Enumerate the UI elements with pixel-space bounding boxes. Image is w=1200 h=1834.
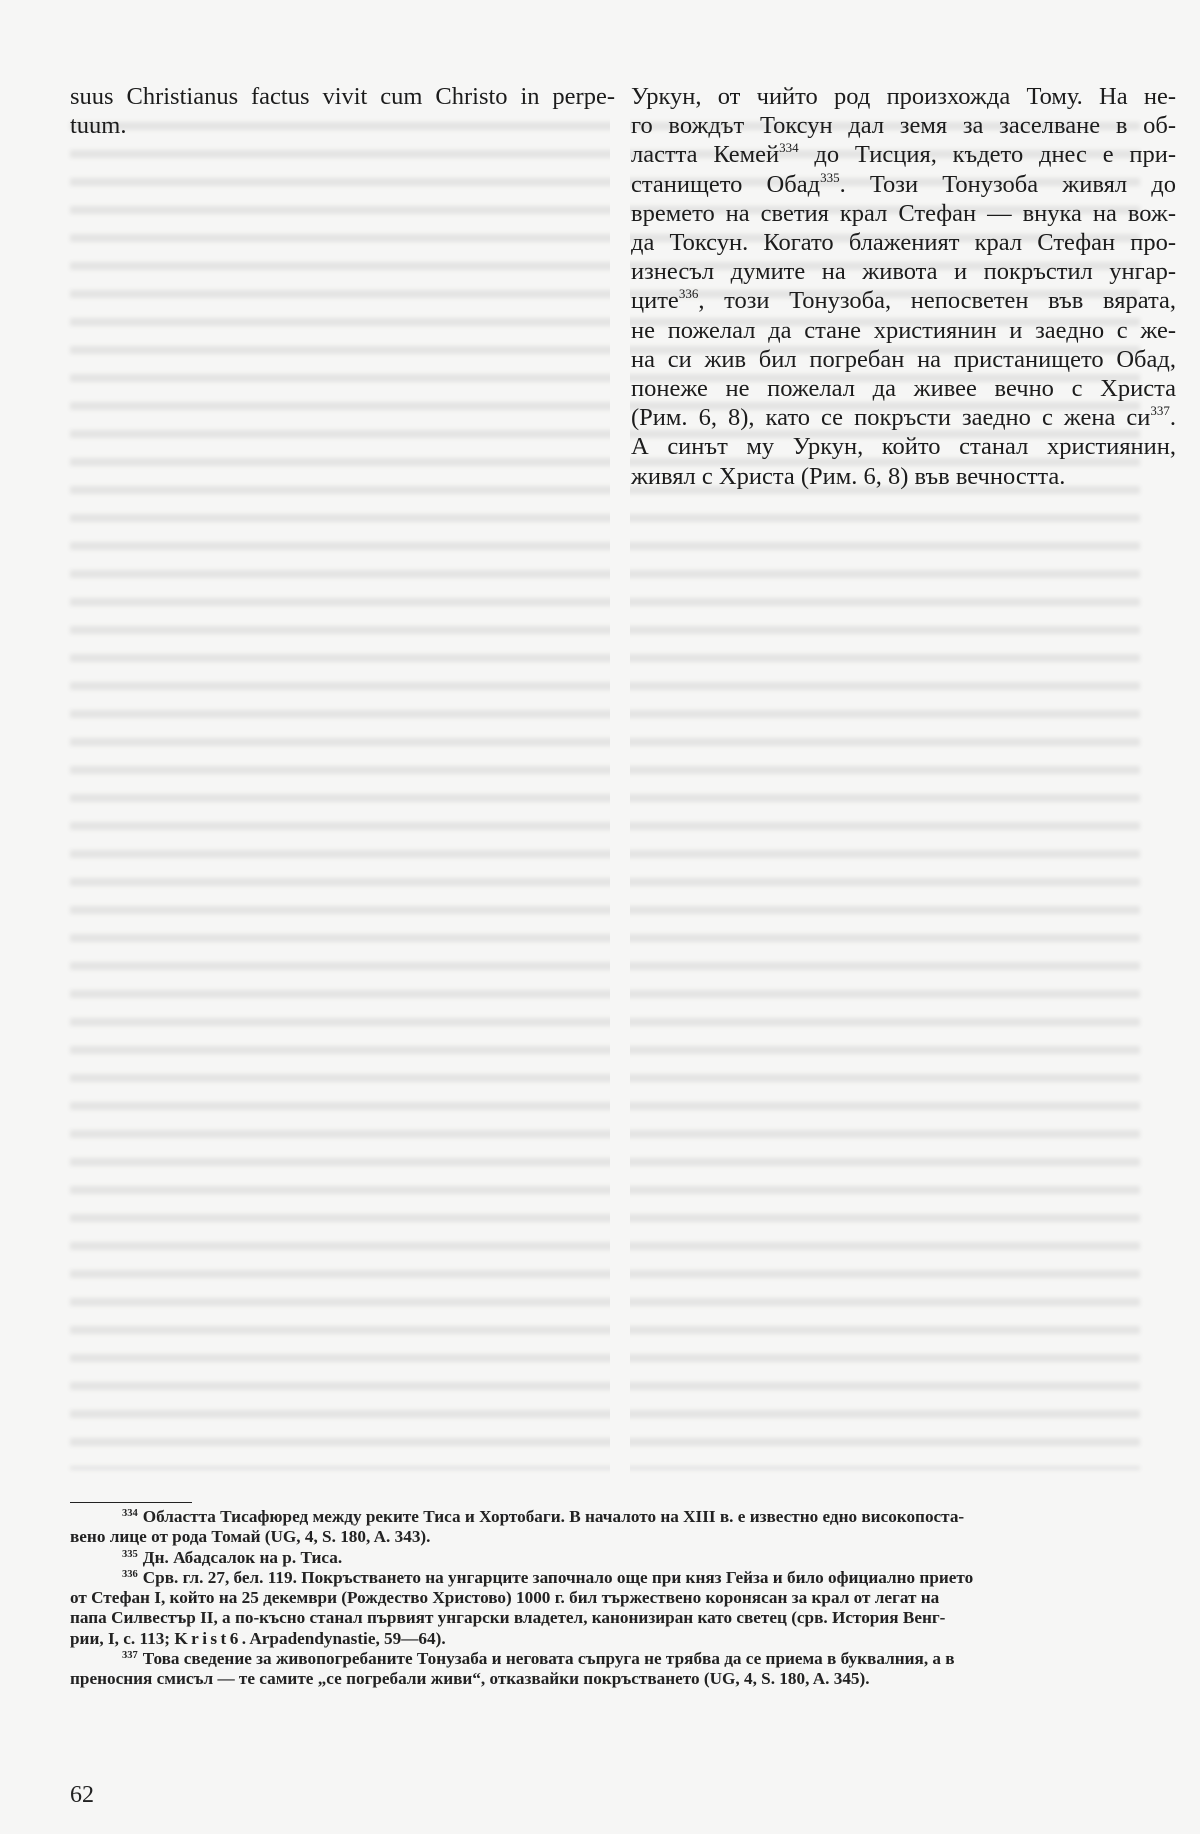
author-name-spaced: Krist6: [174, 1629, 241, 1648]
footnote-ref-335[interactable]: 335: [820, 170, 840, 185]
text-line: ците336, този Тонузоба, непосветен във в…: [631, 286, 1176, 315]
text-line: не пожелал да стане християнин и заедно …: [631, 316, 1176, 345]
footnote-334: 334Областта Тисафюред между реките Тиса …: [70, 1507, 1130, 1548]
text-line: времето на светия крал Стефан — внука на…: [631, 199, 1176, 228]
text-line: понеже не пожелал да живее вечно с Христ…: [631, 374, 1176, 403]
footnote-ref-337[interactable]: 337: [1150, 403, 1170, 418]
text-line: да Токсун. Когато блаженият крал Стефан …: [631, 228, 1176, 257]
left-column: suus Christianus factus vivit cum Christ…: [70, 82, 615, 140]
text-line: Уркун, от чийто род произхожда Тому. На …: [631, 82, 1176, 111]
page-number: 62: [70, 1782, 94, 1809]
footnote-number: 335: [122, 1549, 138, 1560]
text-line: живял с Христа (Рим. 6, 8) във вечността…: [631, 462, 1176, 491]
footnote-number: 336: [122, 1569, 138, 1580]
text-line: изнесъл думите на живота и покръстил унг…: [631, 257, 1176, 286]
footnote-ref-336[interactable]: 336: [679, 286, 699, 301]
text-line: на си жив бил погребан на пристанището О…: [631, 345, 1176, 374]
text-line: го вождът Токсун дал земя за заселване в…: [631, 111, 1176, 140]
footnote-336: 336Срв. гл. 27, бел. 119. Покръстването …: [70, 1568, 1130, 1649]
column-gap: [610, 100, 630, 1480]
footnote-number: 337: [122, 1650, 138, 1661]
text-line: А синът му Уркун, който станал християни…: [631, 432, 1176, 461]
footnote-335: 335Дн. Абадсалок на р. Тиса.: [70, 1548, 1130, 1568]
text-line: ластта Кемей334 до Тисция, където днес е…: [631, 140, 1176, 169]
text-line: tuum.: [70, 111, 615, 140]
footnote-337: 337Това сведение за живопогребаните Тону…: [70, 1649, 1130, 1690]
text-line: suus Christianus factus vivit cum Christ…: [70, 82, 615, 111]
footnote-number: 334: [122, 1508, 138, 1519]
right-column: Уркун, от чийто род произхожда Тому. На …: [631, 82, 1176, 491]
footnote-ref-334[interactable]: 334: [779, 140, 799, 155]
text-line: (Рим. 6, 8), като се покръсти заедно с ж…: [631, 403, 1176, 432]
footnote-separator: [70, 1502, 192, 1503]
text-line: станището Обад335. Този Тонузоба живял д…: [631, 170, 1176, 199]
footnotes: 334Областта Тисафюред между реките Тиса …: [70, 1507, 1130, 1690]
